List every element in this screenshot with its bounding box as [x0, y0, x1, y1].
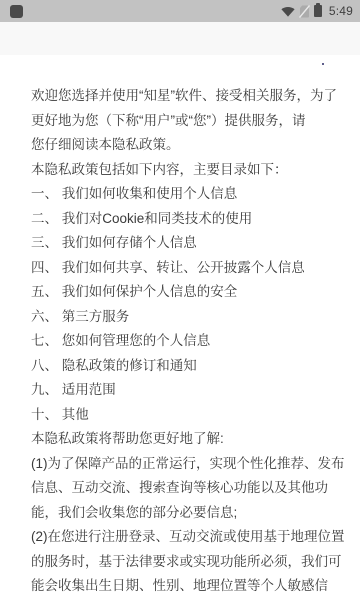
- policy-text-line: 二、 我们对Cookie和同类技术的使用: [31, 207, 348, 232]
- wifi-icon: [281, 6, 295, 17]
- policy-text-line: 您仔细阅读本隐私政策。: [31, 133, 348, 158]
- policy-text-line: 四、 我们如何共享、转让、公开披露个人信息: [31, 256, 348, 281]
- policy-text-line: 十、 其他: [31, 403, 348, 428]
- notification-app-icon: [10, 5, 23, 18]
- policy-text-line: (1)为了保障产品的正常运行，实现个性化推荐、发布: [31, 452, 348, 477]
- policy-text-line: 能会收集出生日期、性别、地理位置等个人敏感信: [31, 574, 348, 599]
- policy-text-line: 本隐私政策包括如下内容，主要目录如下：: [31, 158, 348, 183]
- policy-text-line: 九、 适用范围: [31, 378, 348, 403]
- battery-icon: [314, 5, 322, 17]
- privacy-policy-text: 欢迎您选择并使用“知星”软件、接受相关服务，为了更好地为您（下称“用户”或“您”…: [0, 55, 360, 599]
- policy-text-line: 六、 第三方服务: [31, 305, 348, 330]
- phone-screen: 5:49 欢迎您选择并使用“知星”软件、接受相关服务，为了更好地为您（下称“用户…: [0, 0, 360, 600]
- policy-text-line: 的服务时，基于法律要求或实现功能所必须，我们可: [31, 550, 348, 575]
- policy-text-line: 五、 我们如何保护个人信息的安全: [31, 280, 348, 305]
- status-bar: 5:49: [0, 0, 360, 22]
- policy-text-line: (2)在您进行注册登录、互动交流或使用基于地理位置: [31, 525, 348, 550]
- policy-text-line: 三、 我们如何存储个人信息: [31, 231, 348, 256]
- policy-text-line: 八、 隐私政策的修订和通知: [31, 354, 348, 379]
- policy-text-line: 本隐私政策将帮助您更好地了解:: [31, 427, 348, 452]
- header-strip: [0, 22, 360, 55]
- no-sim-icon: [299, 5, 310, 18]
- policy-text-line: 欢迎您选择并使用“知星”软件、接受相关服务，为了: [31, 84, 348, 109]
- status-time: 5:49: [329, 0, 353, 22]
- policy-text-line: 七、 您如何管理您的个人信息: [31, 329, 348, 354]
- policy-text-line: 更好地为您（下称“用户”或“您”）提供服务，请: [31, 109, 348, 134]
- status-bar-right: 5:49: [281, 0, 353, 22]
- policy-text-line: 一、 我们如何收集和使用个人信息: [31, 182, 348, 207]
- policy-text-line: 信息、互动交流、搜索查询等核心功能以及其他功: [31, 476, 348, 501]
- policy-text-line: 能，我们会收集您的部分必要信息;: [31, 501, 348, 526]
- stray-dot: [322, 63, 324, 65]
